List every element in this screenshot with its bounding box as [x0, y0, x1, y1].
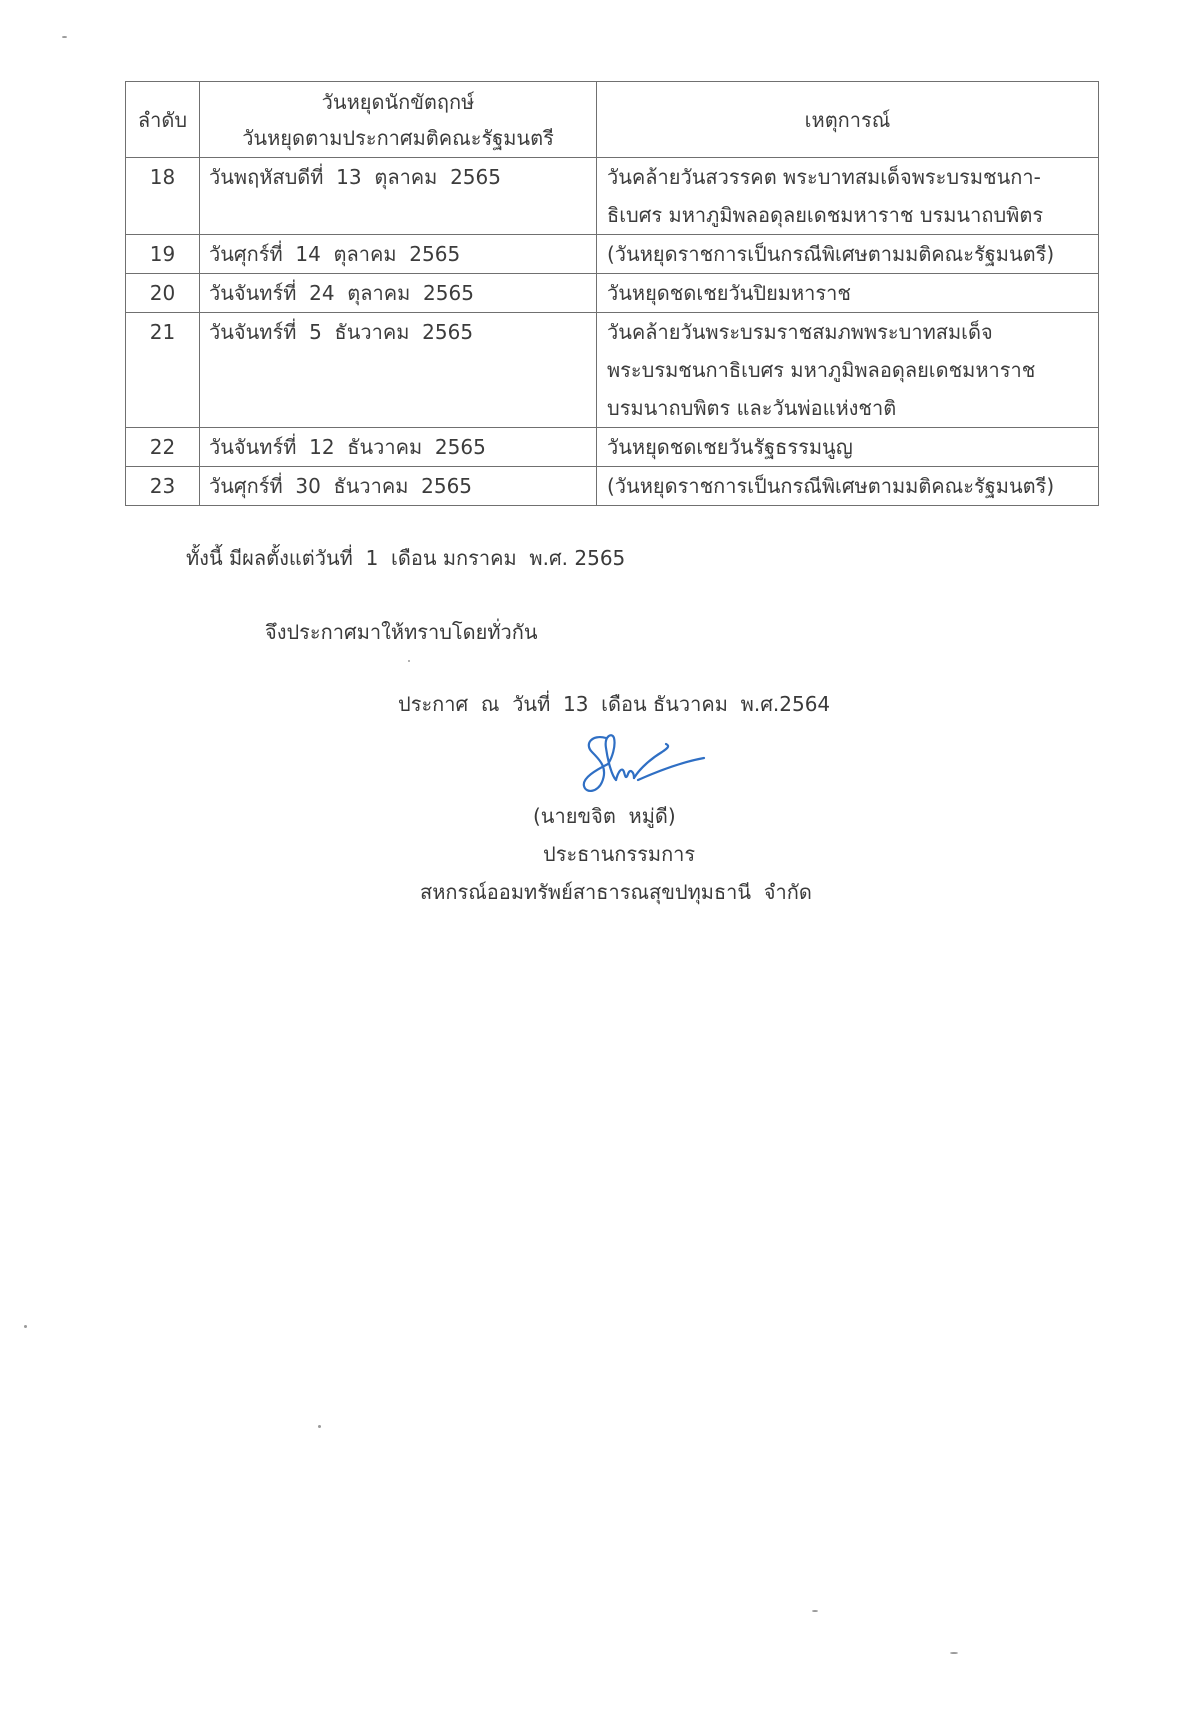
row-event: (วันหยุดราชการเป็นกรณีพิเศษตามมติคณะรัฐม… [597, 467, 1099, 506]
table-row: 21วันจันทร์ที่ 5 ธันวาคม 2565วันคล้ายวัน… [126, 313, 1099, 428]
signer-title: ประธานกรรมการ [543, 838, 695, 870]
row-seq: 19 [126, 235, 200, 274]
header-date: วันหยุดนักขัตฤกษ์ วันหยุดตามประกาศมติคณะ… [200, 82, 597, 158]
row-seq: 23 [126, 467, 200, 506]
signer-name: (นายขจิต หมู่ดี) [533, 800, 676, 832]
header-seq: ลำดับ [126, 82, 200, 158]
header-date-line2: วันหยุดตามประกาศมติคณะรัฐมนตรี [200, 120, 596, 156]
announcement-date: ประกาศ ณ วันที่ 13 เดือน ธันวาคม พ.ศ.256… [398, 688, 830, 720]
holiday-table: ลำดับ วันหยุดนักขัตฤกษ์ วันหยุดตามประกาศ… [125, 81, 1099, 506]
row-date: วันจันทร์ที่ 24 ตุลาคม 2565 [200, 274, 597, 313]
table-row: 23วันศุกร์ที่ 30 ธันวาคม 2565(วันหยุดราช… [126, 467, 1099, 506]
row-event: วันคล้ายวันสวรรคต พระบาทสมเด็จพระบรมชนกา… [597, 158, 1099, 235]
row-date: วันศุกร์ที่ 14 ตุลาคม 2565 [200, 235, 597, 274]
table-row: 19วันศุกร์ที่ 14 ตุลาคม 2565(วันหยุดราชก… [126, 235, 1099, 274]
row-event: วันคล้ายวันพระบรมราชสมภพพระบาทสมเด็จพระบ… [597, 313, 1099, 428]
effective-date-statement: ทั้งนี้ มีผลตั้งแต่วันที่ 1 เดือน มกราคม… [186, 542, 625, 574]
row-event: (วันหยุดราชการเป็นกรณีพิเศษตามมติคณะรัฐม… [597, 235, 1099, 274]
scan-speck [62, 36, 67, 38]
row-date: วันจันทร์ที่ 5 ธันวาคม 2565 [200, 313, 597, 428]
scan-speck [24, 1325, 27, 1328]
announcement-statement: จึงประกาศมาให้ทราบโดยทั่วกัน [265, 616, 538, 648]
event-line: วันหยุดชดเชยวันปิยมหาราช [607, 274, 1094, 312]
table-row: 18วันพฤหัสบดีที่ 13 ตุลาคม 2565วันคล้ายว… [126, 158, 1099, 235]
event-line: บรมนาถบพิตร และวันพ่อแห่งชาติ [607, 389, 1094, 427]
event-line: ธิเบศร มหาภูมิพลอดุลยเดชมหาราช บรมนาถบพิ… [607, 196, 1094, 234]
scan-speck [950, 1652, 958, 1654]
scan-speck [812, 1610, 818, 1612]
event-line: พระบรมชนกาธิเบศร มหาภูมิพลอดุลยเดชมหาราช [607, 351, 1094, 389]
document-page: ลำดับ วันหยุดนักขัตฤกษ์ วันหยุดตามประกาศ… [0, 0, 1200, 1712]
header-event: เหตุการณ์ [597, 82, 1099, 158]
row-event: วันหยุดชดเชยวันรัฐธรรมนูญ [597, 428, 1099, 467]
row-seq: 20 [126, 274, 200, 313]
table-header-row: ลำดับ วันหยุดนักขัตฤกษ์ วันหยุดตามประกาศ… [126, 82, 1099, 158]
scan-speck [408, 660, 410, 662]
row-seq: 22 [126, 428, 200, 467]
event-line: วันคล้ายวันพระบรมราชสมภพพระบาทสมเด็จ [607, 313, 1094, 351]
header-date-line1: วันหยุดนักขัตฤกษ์ [200, 84, 596, 120]
event-line: วันหยุดชดเชยวันรัฐธรรมนูญ [607, 428, 1094, 466]
row-event: วันหยุดชดเชยวันปิยมหาราช [597, 274, 1099, 313]
scan-speck [318, 1425, 321, 1428]
table-row: 22วันจันทร์ที่ 12 ธันวาคม 2565วันหยุดชดเ… [126, 428, 1099, 467]
event-line: (วันหยุดราชการเป็นกรณีพิเศษตามมติคณะรัฐม… [607, 467, 1094, 505]
signature-image [578, 728, 708, 800]
row-seq: 18 [126, 158, 200, 235]
row-seq: 21 [126, 313, 200, 428]
row-date: วันจันทร์ที่ 12 ธันวาคม 2565 [200, 428, 597, 467]
row-date: วันศุกร์ที่ 30 ธันวาคม 2565 [200, 467, 597, 506]
event-line: วันคล้ายวันสวรรคต พระบาทสมเด็จพระบรมชนกา… [607, 158, 1094, 196]
table-row: 20วันจันทร์ที่ 24 ตุลาคม 2565วันหยุดชดเช… [126, 274, 1099, 313]
organization-name: สหกรณ์ออมทรัพย์สาธารณสุขปทุมธานี จำกัด [420, 876, 812, 908]
row-date: วันพฤหัสบดีที่ 13 ตุลาคม 2565 [200, 158, 597, 235]
event-line: (วันหยุดราชการเป็นกรณีพิเศษตามมติคณะรัฐม… [607, 235, 1094, 273]
